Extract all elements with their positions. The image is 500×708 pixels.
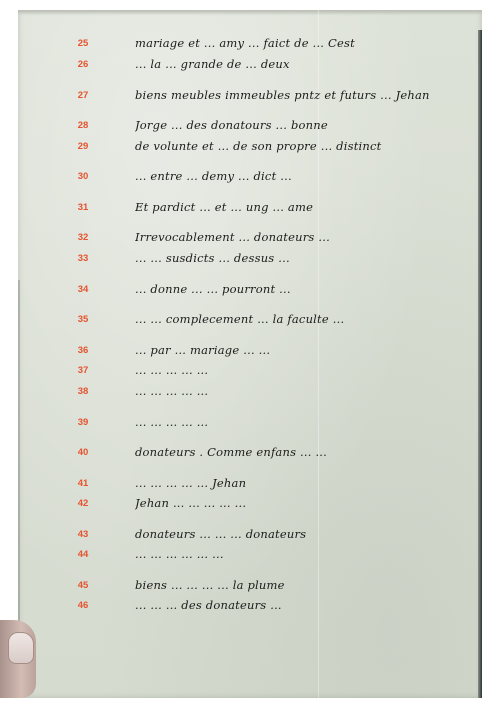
handwritten-text: donateurs ... ... ... donateurs (135, 523, 306, 545)
line-number: 28 (62, 120, 104, 132)
handwritten-line: ... ... ... des donateurs ... (135, 594, 480, 616)
handwritten-line: Jorge ... des donatours ... bonne (135, 114, 480, 136)
line-number: 30 (62, 171, 104, 183)
handwritten-line: ... par ... mariage ... ... (135, 339, 480, 361)
line-number: 26 (62, 59, 104, 71)
handwritten-text: ... ... complecement ... la faculte ... (135, 308, 344, 330)
handwritten-line: ... entre ... demy ... dict ... (135, 165, 480, 187)
line-number: 39 (62, 417, 104, 429)
handwritten-text: ... donne ... ... pourront ... (135, 278, 291, 300)
handwritten-text: ... ... ... ... ... (135, 411, 208, 433)
handwritten-line: ... ... ... ... ... (135, 359, 480, 381)
line-number: 43 (62, 529, 104, 541)
line-number: 41 (62, 478, 104, 490)
line-number: 31 (62, 202, 104, 214)
handwritten-line: ... ... ... ... ... (135, 380, 480, 402)
handwritten-text: ... entre ... demy ... dict ... (135, 165, 292, 187)
handwritten-line: ... ... ... ... ... (135, 411, 480, 433)
handwritten-line: donateurs . Comme enfans ... ... (135, 441, 480, 463)
handwritten-line: de volunte et ... de son propre ... dist… (135, 135, 480, 157)
handwritten-line: Irrevocablement ... donateurs ... (135, 226, 480, 248)
line-number: 27 (62, 90, 104, 102)
handwritten-text: ... par ... mariage ... ... (135, 339, 270, 361)
handwritten-text: Irrevocablement ... donateurs ... (135, 226, 330, 248)
handwritten-text: biens ... ... ... ... la plume (135, 574, 285, 596)
handwritten-line: ... la ... grande de ... deux (135, 53, 480, 75)
handwritten-text: Jorge ... des donatours ... bonne (135, 114, 328, 136)
thumbnail-nail (8, 632, 34, 664)
handwritten-line: Jehan ... ... ... ... ... (135, 492, 480, 514)
line-number: 45 (62, 580, 104, 592)
handwritten-text: ... la ... grande de ... deux (135, 53, 290, 75)
page-top-edge (18, 10, 482, 15)
handwritten-line: biens meubles immeubles pntz et futurs .… (135, 84, 480, 106)
line-number: 40 (62, 447, 104, 459)
handwritten-text: ... ... ... ... ... (135, 359, 208, 381)
handwritten-text: Jehan ... ... ... ... ... (135, 492, 246, 514)
handwritten-line: ... ... complecement ... la faculte ... (135, 308, 480, 330)
line-number: 34 (62, 284, 104, 296)
line-number: 29 (62, 141, 104, 153)
handwritten-line: ... donne ... ... pourront ... (135, 278, 480, 300)
line-number: 32 (62, 232, 104, 244)
handwritten-text: ... ... ... des donateurs ... (135, 594, 282, 616)
handwritten-text: donateurs . Comme enfans ... ... (135, 441, 327, 463)
handwritten-text: Et pardict ... et ... ung ... ame (135, 196, 313, 218)
handwritten-text: mariage et ... amy ... faict de ... Cest (135, 32, 355, 54)
handwritten-text: ... ... ... ... ... Jehan (135, 472, 246, 494)
handwritten-line: ... ... ... ... ... Jehan (135, 472, 480, 494)
handwritten-line: donateurs ... ... ... donateurs (135, 523, 480, 545)
handwritten-line: ... ... ... ... ... ... (135, 543, 480, 565)
handwritten-text: biens meubles immeubles pntz et futurs .… (135, 84, 430, 106)
handwritten-line: mariage et ... amy ... faict de ... Cest (135, 32, 480, 54)
line-number: 25 (62, 38, 104, 50)
line-number: 37 (62, 365, 104, 377)
handwritten-text: ... ... ... ... ... ... (135, 543, 224, 565)
handwritten-line: Et pardict ... et ... ung ... ame (135, 196, 480, 218)
line-number: 33 (62, 253, 104, 265)
line-number: 38 (62, 386, 104, 398)
line-number: 46 (62, 600, 104, 612)
handwritten-line: biens ... ... ... ... la plume (135, 574, 480, 596)
handwritten-text: ... ... ... ... ... (135, 380, 208, 402)
handwritten-text: ... ... susdicts ... dessus ... (135, 247, 290, 269)
line-number: 42 (62, 498, 104, 510)
line-number: 36 (62, 345, 104, 357)
handwritten-line: ... ... susdicts ... dessus ... (135, 247, 480, 269)
line-number: 44 (62, 549, 104, 561)
line-number: 35 (62, 314, 104, 326)
handwritten-text: de volunte et ... de son propre ... dist… (135, 135, 381, 157)
